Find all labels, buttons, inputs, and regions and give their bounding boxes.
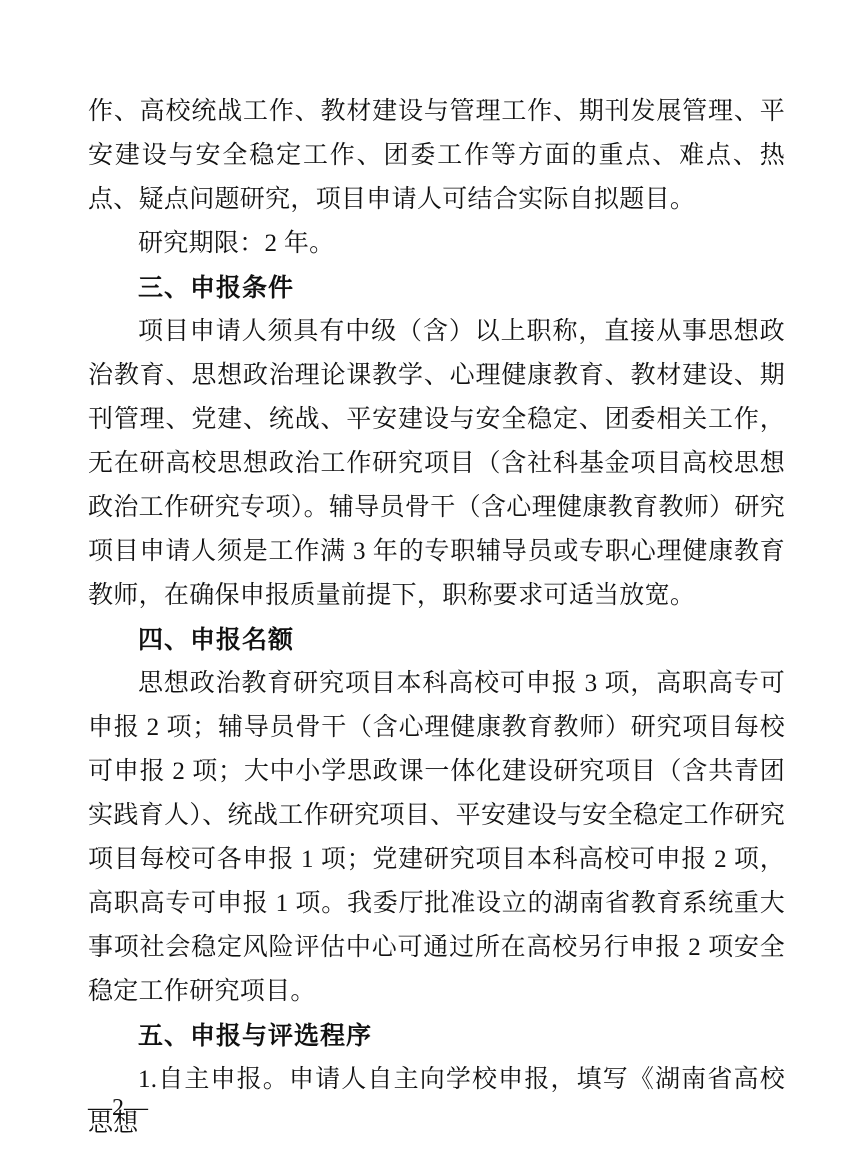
body-paragraph-continuation: 作、高校统战工作、教材建设与管理工作、期刊发展管理、平安建设与安全稳定工作、团委… [88, 90, 785, 222]
body-paragraph-procedure-start: 1.自主申报。申请人自主向学校申报，填写《湖南省高校思想 [88, 1058, 785, 1146]
section-heading-3-application-conditions: 三、申报条件 [88, 266, 785, 310]
body-paragraph-conditions: 项目申请人须具有中级（含）以上职称，直接从事思想政治教育、思想政治理论课教学、心… [88, 310, 785, 618]
document-content: 作、高校统战工作、教材建设与管理工作、期刊发展管理、平安建设与安全稳定工作、团委… [88, 90, 785, 1146]
body-paragraph-quota: 思想政治教育研究项目本科高校可申报 3 项，高职高专可申报 2 项；辅导员骨干（… [88, 662, 785, 1014]
section-heading-4-application-quota: 四、申报名额 [88, 618, 785, 662]
page-number: —2— [88, 1094, 148, 1122]
body-paragraph-research-period: 研究期限：2 年。 [88, 222, 785, 266]
document-page: 作、高校统战工作、教材建设与管理工作、期刊发展管理、平安建设与安全稳定工作、团委… [0, 0, 847, 1156]
section-heading-5-application-and-selection-procedure: 五、申报与评选程序 [88, 1014, 785, 1058]
